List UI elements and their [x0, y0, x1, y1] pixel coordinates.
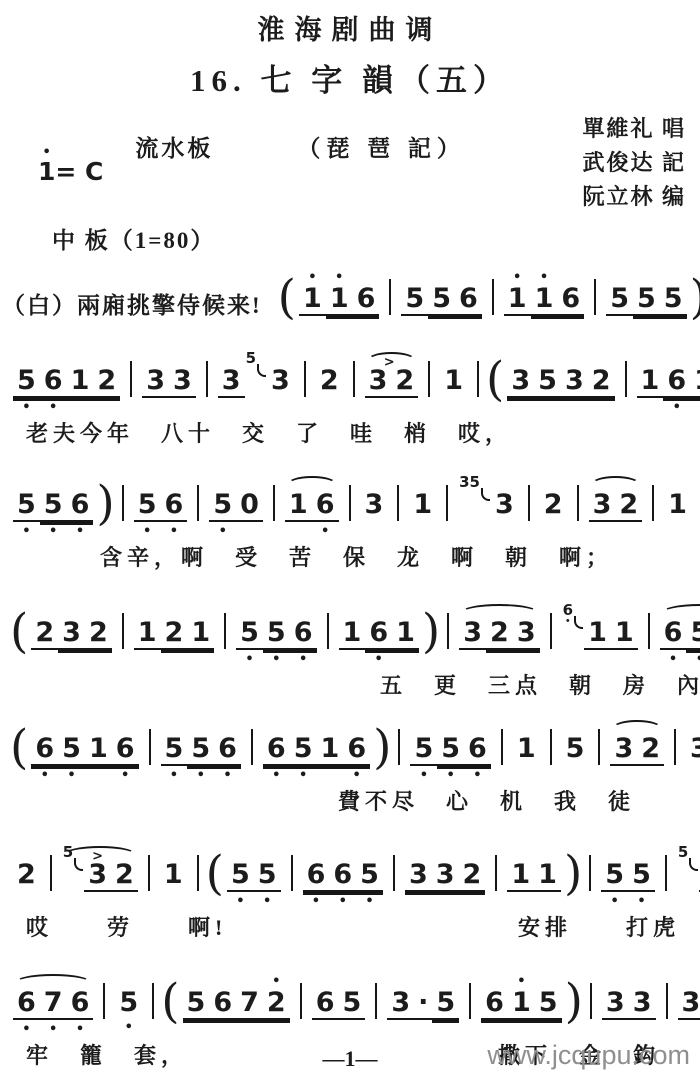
note-group: 1 — [160, 849, 187, 905]
barline — [652, 485, 654, 521]
barline — [353, 361, 355, 397]
octave-dot-above: • — [540, 273, 548, 283]
note: 2 — [31, 607, 58, 665]
octave-dot-below: • — [76, 527, 84, 537]
note: 3 — [405, 849, 432, 907]
grace-hook — [574, 616, 583, 629]
parenthesis: ( — [10, 724, 28, 771]
barline — [528, 485, 530, 521]
slur-arc — [15, 974, 91, 991]
note: 5 — [660, 273, 687, 331]
note: 3 — [218, 355, 245, 413]
parenthesis: ) — [690, 274, 700, 321]
music-system-1: （白）兩廂挑擎侍候来! (•1•16556•1•16555) — [0, 273, 700, 331]
piece-title: 16. 七 字 韻（五） — [0, 55, 700, 100]
barline — [206, 361, 208, 397]
credit-recorder: 武俊达 記 — [582, 146, 686, 180]
octave-dot-below: • — [339, 897, 347, 907]
note: 6• — [290, 607, 317, 665]
slur-arc — [287, 476, 337, 493]
note: 6 — [353, 273, 380, 331]
octave-dot-below: • — [365, 897, 373, 907]
lyrics-line-2: 老夫今年 八十 交 了 哇 梢 哎， — [0, 413, 700, 447]
parenthesis: ) — [96, 480, 114, 527]
octave-dot-below: • — [22, 1025, 30, 1035]
note: 5 — [401, 273, 428, 331]
note: 5• — [161, 723, 188, 781]
notation-line-7: 6•7•6•5•(567•2653·56•15)33323 — [0, 977, 700, 1035]
grace-hook — [257, 364, 266, 377]
parenthesis: ) — [565, 978, 583, 1025]
note-group: 3·5 — [387, 977, 459, 1035]
octave-dot-below: • — [473, 771, 481, 781]
note: 2 — [316, 355, 343, 411]
octave-dot-below: • — [263, 897, 271, 907]
note: 5 — [428, 273, 455, 331]
barline — [577, 485, 579, 521]
octave-dot-below: • — [121, 771, 129, 781]
barline — [625, 361, 627, 397]
note: 5 — [562, 723, 589, 779]
note-group: 16•1 — [637, 355, 700, 413]
note: 6• — [263, 723, 290, 781]
octave-dot-below: • — [223, 771, 231, 781]
barline — [148, 855, 150, 891]
octave-dot: • — [566, 617, 570, 625]
barline — [428, 361, 430, 397]
note-group: 121 — [134, 607, 214, 665]
note-group: 16• — [285, 479, 339, 537]
note: 6 — [209, 977, 236, 1035]
barline — [349, 485, 351, 521]
key-tonic: •1 — [38, 148, 55, 186]
octave-dot-below: • — [696, 655, 700, 665]
note: 3 — [267, 355, 294, 411]
octave-dot-above: • — [308, 273, 316, 283]
parenthesis: ) — [422, 608, 440, 655]
lyrics-right: 安排 打虎 — [518, 911, 690, 941]
note: 2 — [85, 607, 112, 665]
note-group: 1 — [440, 355, 467, 411]
barline — [393, 855, 395, 891]
lyrics-line-5: 費不尽 心 机 我 徒 — [0, 781, 700, 815]
note: 7 — [236, 977, 263, 1035]
barline — [594, 279, 596, 315]
tempo-marking: 中 板（1=80） — [52, 222, 700, 255]
note: 1 — [160, 849, 187, 905]
note-group: 5•5•6• — [236, 607, 316, 665]
barline — [492, 279, 494, 315]
note: 0 — [236, 479, 263, 537]
note-group: 6•7•6• — [13, 977, 93, 1035]
note-group: 6•15 — [481, 977, 561, 1035]
note-group: 32 — [610, 723, 664, 781]
barline — [197, 855, 199, 891]
barline — [130, 361, 132, 397]
grace-hook — [689, 858, 698, 871]
octave-dot-below: • — [219, 527, 227, 537]
note-group: 5•6•12 — [13, 355, 120, 413]
note: 5• — [628, 849, 655, 907]
note: 6• — [343, 723, 370, 781]
note: 1 — [637, 355, 664, 413]
lyrics-line-4: 五 更 三点 朝 房 內， — [0, 665, 700, 699]
note-group: 3 — [686, 723, 700, 779]
octave-dot-below: • — [143, 527, 151, 537]
note: 1 — [134, 607, 161, 665]
note: 1 — [339, 607, 366, 665]
grace-note: 6• — [563, 603, 583, 629]
music-system-4: (2321215•5•6•16•1)3236•116•5•6•5• 五 更 三点… — [0, 607, 700, 699]
octave-dot-below: • — [299, 771, 307, 781]
barline — [495, 855, 497, 891]
note: 6• — [31, 723, 58, 781]
barline — [590, 983, 592, 1019]
note-group: 5•0 — [209, 479, 263, 537]
lyrics-line-3: 含辛，啊 受 苦 保 龙 啊 朝 啊； — [0, 537, 700, 571]
barline — [598, 729, 600, 765]
note: 1 — [409, 479, 436, 535]
note: 3 — [507, 355, 534, 413]
barline — [674, 729, 676, 765]
octave-dot-below: • — [321, 527, 329, 537]
octave-dot-below: • — [272, 655, 280, 665]
note-group: 1 — [513, 723, 540, 779]
note-group: 33 — [602, 977, 656, 1035]
note: 2 — [588, 355, 615, 413]
note: 3 — [387, 977, 414, 1035]
octave-dot-below: • — [22, 527, 30, 537]
grace-note: 5 — [63, 845, 83, 871]
barline — [122, 485, 124, 521]
note: 1 — [317, 723, 344, 781]
note: 5• — [236, 607, 263, 665]
note: 6 — [481, 977, 508, 1035]
note-group: 323 — [459, 607, 539, 665]
note-group: 2 — [540, 479, 567, 535]
octave-dot-below: • — [22, 403, 30, 413]
parenthesis: ( — [278, 274, 296, 321]
barline — [447, 613, 449, 649]
parenthesis: ( — [206, 850, 224, 897]
slur-arc — [591, 476, 641, 493]
key-signature: •1= C — [38, 148, 103, 186]
note: 6 — [557, 273, 584, 331]
note: 1 — [513, 723, 540, 779]
barline — [152, 983, 154, 1019]
octave-dot-below: • — [611, 897, 619, 907]
octave-dot-below: • — [67, 771, 75, 781]
note: 5• — [134, 479, 161, 537]
spoken-text: （白）兩廂挑擎侍候来! — [2, 287, 262, 320]
note-group: 6•11 — [562, 607, 638, 665]
note-group: 5•5•6• — [13, 479, 93, 537]
note: 6• — [161, 479, 188, 537]
barline — [477, 361, 479, 397]
octave-dot-below: • — [637, 897, 645, 907]
octave-dot-below: • — [125, 1023, 133, 1033]
note-group: >32 — [365, 355, 419, 413]
note: · — [414, 977, 432, 1035]
note: 1 — [440, 355, 467, 411]
note-group: 232 — [31, 607, 111, 665]
note-group: 2 — [13, 849, 40, 905]
note: 1 — [67, 355, 94, 413]
note: 1 — [392, 607, 419, 665]
note: •2 — [263, 977, 290, 1035]
note: 6 — [312, 977, 339, 1035]
lyrics-line-6: 哎 劳 啊! 安排 打虎 — [0, 907, 700, 941]
note: 5• — [40, 479, 67, 537]
note-group: 1 — [409, 479, 436, 535]
notation-line-5: (6•5•16•5•5•6•6•5•16•)5•5•6•15323 — [0, 723, 700, 781]
barline — [446, 485, 448, 521]
note: 1 — [690, 355, 700, 413]
note-group: 323 — [678, 977, 700, 1035]
credit-editor: 阮立林 编 — [582, 180, 686, 214]
note-group: 567•2 — [183, 977, 290, 1035]
notation-line-3: 5•5•6•)5•6•5•016•313532321 — [0, 479, 700, 537]
grace-note: 5 — [246, 351, 266, 377]
note: 1 — [584, 607, 611, 665]
note: 3 — [491, 479, 518, 535]
parenthesis: ( — [486, 356, 504, 403]
barline — [469, 983, 471, 1019]
octave-dot-below: • — [197, 771, 205, 781]
octave-dot-above: • — [335, 273, 343, 283]
octave-dot-below: • — [170, 771, 178, 781]
note-group: •1•16 — [504, 273, 584, 331]
source-opera: （琵 琶 記） — [297, 130, 466, 163]
note: 5• — [601, 849, 628, 907]
note: 3 — [678, 977, 700, 1035]
note-group: 3532 — [507, 355, 614, 413]
notation-line-4: (2321215•5•6•16•1)3236•116•5•6•5• — [0, 607, 700, 665]
barline — [224, 613, 226, 649]
note: 6 — [455, 273, 482, 331]
accent-mark: > — [384, 357, 395, 369]
note-group: 5•6• — [134, 479, 188, 537]
barline — [149, 729, 151, 765]
barline — [327, 613, 329, 649]
barline — [103, 983, 105, 1019]
note: •1 — [299, 273, 326, 331]
note: 6• — [329, 849, 356, 907]
note: 6• — [663, 355, 690, 413]
note: 5 — [432, 977, 459, 1035]
notation-line-6: 2>5321(5•5•6•6•5•33211)5•5•57•7• — [0, 849, 700, 907]
octave-dot-below: • — [49, 1025, 57, 1035]
note: 2 — [540, 479, 567, 535]
collection-title: 淮海剧曲调 — [0, 8, 700, 47]
octave-dot-below: • — [420, 771, 428, 781]
note: 5 — [183, 977, 210, 1035]
note-group: 11 — [507, 849, 561, 907]
octave-dot-below: • — [245, 655, 253, 665]
music-system-5: (6•5•16•5•5•6•6•5•16•)5•5•6•15323 費不尽 心 … — [0, 723, 700, 815]
note: 5• — [209, 479, 236, 537]
barline — [648, 613, 650, 649]
note: 1 — [507, 849, 534, 907]
notation-line-2: 5•6•12333532>321(353216•1 — [0, 355, 700, 413]
grace-note: 35 — [459, 475, 490, 501]
note: 3 — [169, 355, 196, 413]
note: 6• — [303, 849, 330, 907]
note: 5 — [534, 355, 561, 413]
octave-dot: • — [43, 148, 51, 157]
note-group: 6•5•16• — [263, 723, 370, 781]
barline — [665, 855, 667, 891]
note: 5• — [290, 723, 317, 781]
barline — [501, 729, 503, 765]
notation-line-1: (•1•16556•1•16555) — [268, 273, 700, 331]
note-group: 57•7• — [677, 849, 700, 907]
octave-dot-above: • — [513, 273, 521, 283]
lyrics-left: 哎 劳 啊! — [26, 911, 227, 941]
slur-arc — [612, 720, 662, 737]
note: 5 — [606, 273, 633, 331]
barline — [50, 855, 52, 891]
note-group: 3 — [361, 479, 388, 535]
grace-hook — [74, 858, 83, 871]
octave-dot-below: • — [375, 655, 383, 665]
note-group: 1 — [664, 479, 691, 535]
octave-dot-below: • — [41, 771, 49, 781]
octave-dot-below: • — [446, 771, 454, 781]
note: 3 — [686, 723, 700, 779]
barline — [273, 485, 275, 521]
note: 1 — [611, 607, 638, 665]
note: 5• — [437, 723, 464, 781]
note: 2 — [13, 849, 40, 905]
octave-dot-above: • — [517, 977, 525, 987]
octave-dot-below: • — [49, 527, 57, 537]
octave-dot-below: • — [669, 655, 677, 665]
note: 2 — [161, 607, 188, 665]
note-group: 65 — [312, 977, 366, 1035]
note: 6• — [464, 723, 491, 781]
parenthesis: ) — [373, 724, 391, 771]
credit-singer: 單維礼 唱 — [582, 112, 686, 146]
note: 6• — [112, 723, 139, 781]
note-group: 5•5•6• — [161, 723, 241, 781]
octave-dot-below: • — [272, 771, 280, 781]
music-system-2: 5•6•12333532>321(353216•1 老夫今年 八十 交 了 哇 … — [0, 355, 700, 447]
barline — [375, 983, 377, 1019]
note: 5• — [13, 355, 40, 413]
parenthesis: ( — [161, 978, 179, 1025]
note: 2 — [459, 849, 486, 907]
barline — [251, 729, 253, 765]
note: 6• — [365, 607, 392, 665]
note-group: 16•1 — [339, 607, 419, 665]
accent-mark: > — [92, 851, 103, 863]
note-group: 5 — [562, 723, 589, 779]
note-group: 353 — [218, 355, 294, 413]
barline — [291, 855, 293, 891]
octave-dot-below: • — [236, 897, 244, 907]
note: 3 — [432, 849, 459, 907]
grace-note: 5 — [678, 845, 698, 871]
note-group: 556 — [401, 273, 481, 331]
note: •1 — [531, 273, 558, 331]
note: 6• — [214, 723, 241, 781]
note: •1 — [504, 273, 531, 331]
note: 5• — [187, 723, 214, 781]
barline — [550, 729, 552, 765]
octave-dot-below: • — [76, 1025, 84, 1035]
note: 3 — [361, 479, 388, 535]
note: 5• — [58, 723, 85, 781]
note-group: 332 — [405, 849, 485, 907]
note-group: 5•5• — [601, 849, 655, 907]
note-group: 2 — [316, 355, 343, 411]
note-group: 5• — [115, 977, 142, 1033]
note: 5 — [633, 273, 660, 331]
note: 3 — [629, 977, 656, 1035]
note: 5• — [115, 977, 142, 1033]
banshi-label: 流水板 — [135, 130, 213, 163]
score-page: 淮海剧曲调 16. 七 字 韻（五） •1= C 流水板 （琵 琶 記） 單維礼… — [0, 0, 700, 1069]
note-group: 6•5•16• — [31, 723, 138, 781]
note: 3 — [602, 977, 629, 1035]
barline — [398, 729, 400, 765]
octave-dot-below: • — [170, 527, 178, 537]
note: 1 — [664, 479, 691, 535]
note-group: 5•5•6• — [410, 723, 490, 781]
barline — [397, 485, 399, 521]
note-group: 555 — [606, 273, 686, 331]
note: 1 — [187, 607, 214, 665]
note: 2 — [93, 355, 120, 413]
note: 5• — [410, 723, 437, 781]
barline — [122, 613, 124, 649]
note: 5• — [254, 849, 281, 907]
note-group: 33 — [142, 355, 196, 413]
parenthesis: ) — [564, 850, 582, 897]
octave-dot-below: • — [673, 403, 681, 413]
note: 3 — [561, 355, 588, 413]
note: 5 — [339, 977, 366, 1035]
music-system-3: 5•5•6•)5•6•5•016•313532321 含辛，啊 受 苦 保 龙 … — [0, 479, 700, 571]
barline — [304, 361, 306, 397]
parenthesis: ( — [10, 608, 28, 655]
note: 5 — [535, 977, 562, 1035]
barline — [389, 279, 391, 315]
note: 1 — [534, 849, 561, 907]
note: 1 — [85, 723, 112, 781]
note: 3 — [142, 355, 169, 413]
octave-dot-below: • — [49, 403, 57, 413]
note-group: 5•5• — [227, 849, 281, 907]
octave-dot-below: • — [312, 897, 320, 907]
note: 5• — [13, 479, 40, 537]
barline — [197, 485, 199, 521]
watermark-url: www.jcqupu.com — [487, 1040, 690, 1071]
note: 5• — [227, 849, 254, 907]
note-group: 353 — [458, 479, 518, 535]
barline — [300, 983, 302, 1019]
note: 5• — [263, 607, 290, 665]
barline — [589, 855, 591, 891]
octave-dot-above: • — [272, 977, 280, 987]
note: •1 — [508, 977, 535, 1035]
slur-arc — [461, 604, 537, 621]
note: 3 — [58, 607, 85, 665]
note: 6• — [67, 479, 94, 537]
octave-dot-below: • — [299, 655, 307, 665]
note: 5• — [356, 849, 383, 907]
